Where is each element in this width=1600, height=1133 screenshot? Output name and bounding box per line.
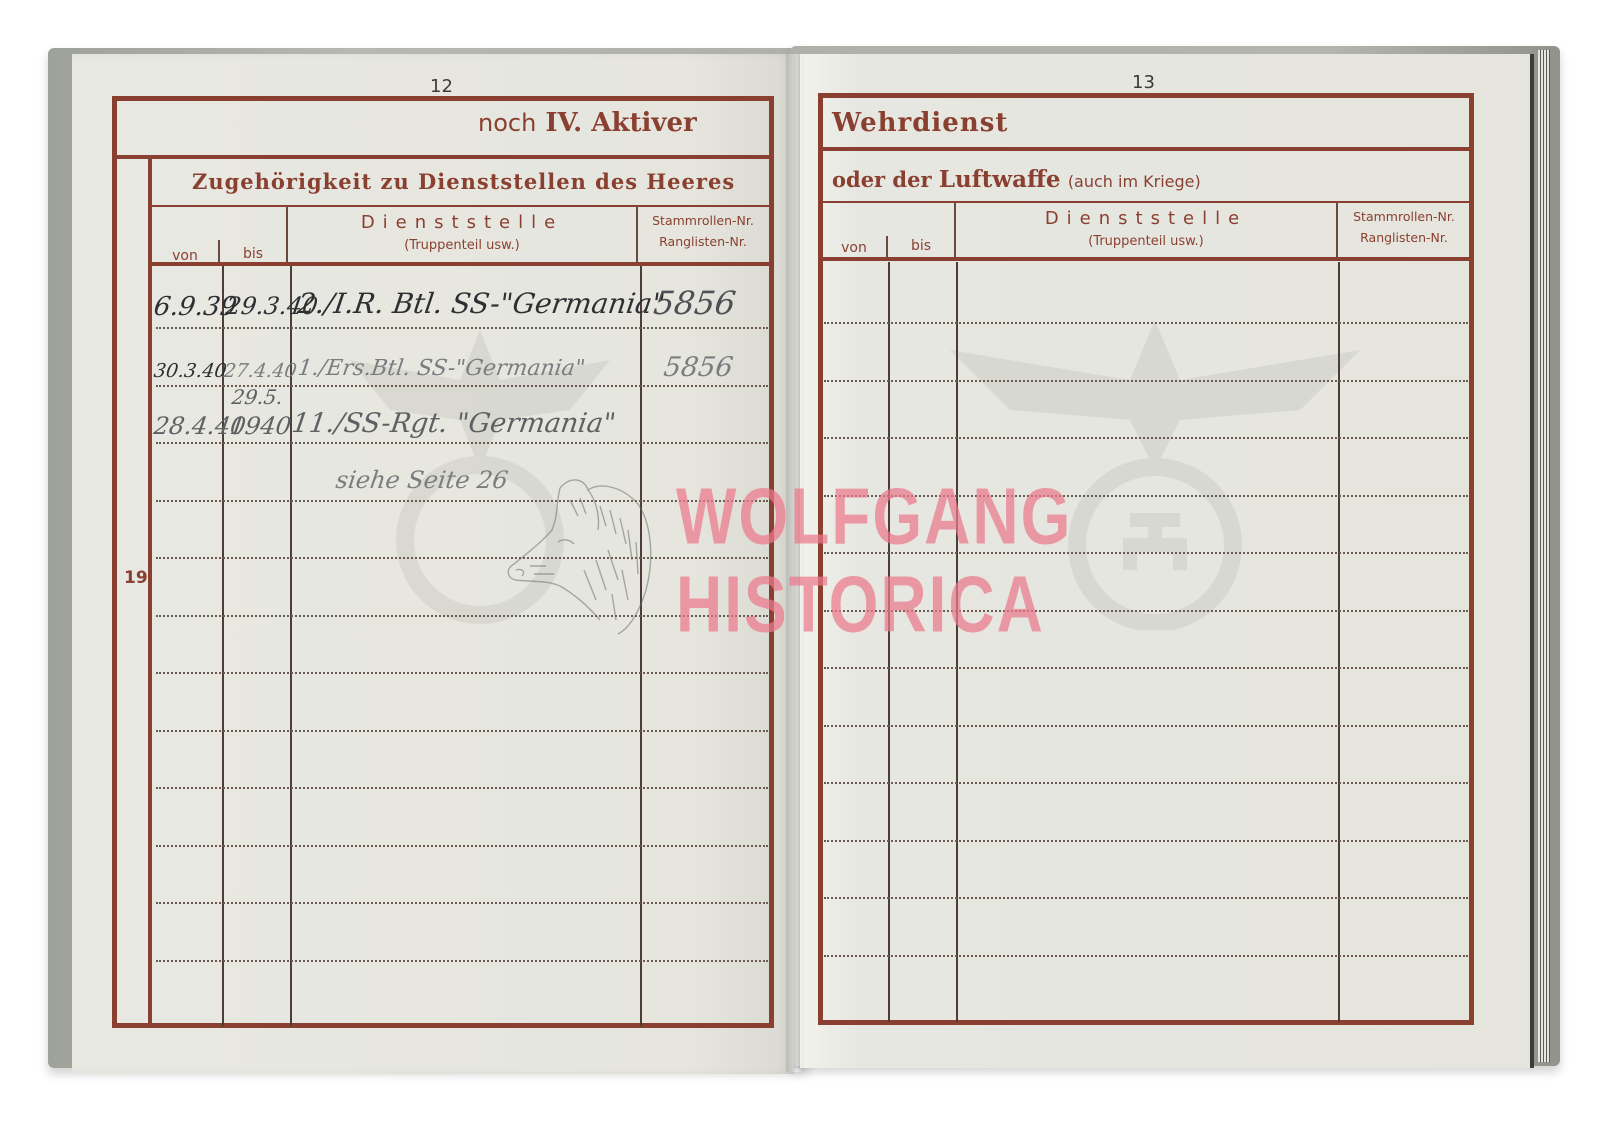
right-col-line-rollno: [1338, 262, 1340, 1022]
row-rule: [156, 327, 768, 329]
row-rule: [156, 442, 768, 444]
entry-roll-no: 5856: [662, 352, 735, 383]
left-title-divider: [114, 155, 772, 159]
row-rule: [824, 437, 1468, 439]
page-number-right: 13: [1132, 72, 1155, 93]
entry-to-year: 1940: [228, 412, 293, 440]
von-bis-divider: [886, 236, 888, 258]
header-col-divider: [954, 203, 956, 257]
page-number-left: 12: [430, 76, 453, 97]
left-col-line-rollno: [640, 266, 642, 1026]
col-header-dienststelle: Dienststelle: [290, 212, 634, 233]
row-group-number: 19: [124, 568, 148, 588]
row-rule: [156, 960, 768, 962]
von-bis-divider: [218, 240, 220, 262]
row-rule: [824, 897, 1468, 899]
left-page-title: noch IV. Aktiver: [478, 108, 697, 138]
row-rule: [156, 787, 768, 789]
left-section-subtitle: Zugehörigkeit zu Dienststellen des Heere…: [192, 169, 735, 194]
row-rule: [824, 955, 1468, 957]
col-header-truppenteil: (Truppenteil usw.): [958, 234, 1334, 249]
col-header-bis: bis: [892, 238, 950, 254]
header-col-divider: [286, 207, 288, 262]
row-rule: [156, 672, 768, 674]
col-header-ranglisten: Ranglisten-Nr.: [638, 234, 768, 249]
entry-unit: 11./SS-Rgt. "Germania": [290, 408, 618, 439]
col-header-stammrollen: Stammrollen-Nr.: [638, 213, 768, 228]
entry-unit: 1./Ers.Btl. SS-"Germania": [296, 356, 586, 381]
left-header-divider: [150, 262, 770, 266]
col-header-stammrollen: Stammrollen-Nr.: [1338, 209, 1470, 224]
col-header-ranglisten: Ranglisten-Nr.: [1338, 230, 1470, 245]
row-rule: [156, 845, 768, 847]
col-header-truppenteil: (Truppenteil usw.): [290, 238, 634, 253]
right-title-divider: [820, 147, 1472, 151]
entry-note: siehe Seite 26: [334, 466, 510, 494]
col-header-von: von: [160, 248, 210, 264]
row-rule: [156, 902, 768, 904]
right-page-title: Wehrdienst: [832, 108, 1008, 138]
col-header-dienststelle: Dienststelle: [958, 208, 1334, 229]
watermark-line-2: HISTORICA: [676, 564, 1045, 644]
row-rule: [156, 730, 768, 732]
left-subtitle-divider: [150, 205, 770, 207]
row-rule: [824, 725, 1468, 727]
col-header-bis: bis: [226, 246, 280, 262]
right-section-subtitle: oder der Luftwaffe (auch im Kriege): [832, 166, 1201, 193]
entry-to: 27.4.40: [222, 360, 298, 382]
right-header-divider: [822, 257, 1470, 261]
left-row-number-column-line: [148, 157, 152, 1027]
wolf-head-sketch: [500, 470, 660, 640]
watermark-line-1: WOLFGANG: [676, 476, 1072, 556]
row-rule: [824, 782, 1468, 784]
row-rule: [824, 667, 1468, 669]
entry-from: 30.3.40: [152, 360, 228, 382]
entry-unit: 2./I.R. Btl. SS-"Germania": [296, 287, 668, 320]
row-rule: [824, 322, 1468, 324]
right-subtitle-divider: [822, 201, 1470, 203]
entry-roll-no: 5856: [651, 284, 738, 322]
col-header-von: von: [828, 240, 880, 256]
row-rule: [824, 380, 1468, 382]
entry-to-date: 29.5.: [230, 385, 284, 409]
row-rule: [824, 840, 1468, 842]
page-stack-edge: [1538, 50, 1550, 1062]
